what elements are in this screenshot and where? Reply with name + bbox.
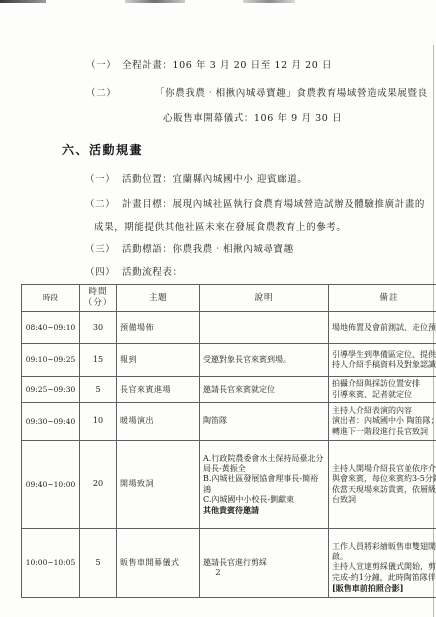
page-number: 2 xyxy=(0,568,436,578)
cell-minutes: 10 xyxy=(80,403,117,441)
cell-description: 邀請長官進行剪綵 xyxy=(200,529,329,597)
cell-topic: 預備場佈 xyxy=(117,312,200,344)
cell-remark: 引導學生到準備區定位、提供主持人介紹手稿資料及對象認識。 xyxy=(329,344,436,377)
table-row: 08:40~09:10 30 預備場佈 場地佈置及會前測試、走位預演 xyxy=(22,312,436,344)
cell-topic: 長官來賓進場 xyxy=(117,377,200,403)
table-header-row: 時段 時間 （分） 主題 說明 備註 xyxy=(22,285,436,312)
section-heading: 六、活動規畫 xyxy=(62,141,143,158)
intro-item2-label: （二） xyxy=(86,85,116,99)
section-item2-line1: 計畫目標：展現內城社區執行食農育場域營造試辦及體驗推廣計畫的 xyxy=(122,196,425,210)
description-bold-text: 其他貴賓待邀請 xyxy=(203,505,325,515)
cell-topic: 販售車開幕儀式 xyxy=(117,529,200,597)
cell-description: A.行政院農委會水土保持局臺北分局長-黃振全 B.內城社區發展協會理事長-簡裕鴻… xyxy=(200,441,329,529)
cell-remark: 主持人開場介紹長官並依序介紹與會來賓，每位來賓約3-5分鐘 依當天現場來訪貴賓，… xyxy=(329,441,436,529)
cell-minutes: 5 xyxy=(80,529,117,597)
section-item4-text: 活動流程表： xyxy=(122,264,183,278)
table-row: 10:00~10:05 5 販售車開幕儀式 邀請長官進行剪綵 工作人員將彩繪販售… xyxy=(22,529,436,597)
scan-smudge xyxy=(243,0,295,3)
cell-time: 09:25~09:30 xyxy=(22,377,80,403)
scan-smudge xyxy=(0,0,46,3)
cell-topic: 暖場演出 xyxy=(117,403,200,441)
cell-time: 09:40~10:00 xyxy=(22,441,80,529)
cell-time: 09:10~09:25 xyxy=(22,344,80,377)
cell-minutes: 20 xyxy=(80,441,117,529)
cell-time: 08:40~09:10 xyxy=(22,312,80,344)
table-row: 09:40~10:00 20 開場致詞 A.行政院農委會水土保持局臺北分局長-黃… xyxy=(22,441,436,529)
cell-remark: 場地佈置及會前測試、走位預演 xyxy=(329,312,436,344)
header-time: 時段 xyxy=(22,285,80,312)
description-text: A.行政院農委會水土保持局臺北分局長-黃振全 B.內城社區發展協會理事長-簡裕鴻… xyxy=(203,454,323,505)
intro-item2-line2: 心販售車開幕儀式：106 年 9 月 30 日 xyxy=(163,110,342,124)
cell-remark: 工作人員將彩繪販售車雙翅開啟。 主持人宣達剪綵儀式開始，剪綵完成-約1分鐘，此時… xyxy=(329,529,436,597)
table-row: 09:25~09:30 5 長官來賓進場 邀請長官來賓就定位 拍攝介紹與採訪位置… xyxy=(22,377,436,403)
cell-topic: 開場致詞 xyxy=(117,441,200,529)
section-item4-label: （四） xyxy=(85,264,115,278)
cell-description: 陶笛隊 xyxy=(200,403,329,441)
header-topic: 主題 xyxy=(117,285,200,312)
section-item3-label: （三） xyxy=(85,241,115,255)
cell-remark: 拍攝介紹與採訪位置安排 引導來賓、記者就定位 xyxy=(329,377,436,403)
section-item3-text: 活動標語：你農我農‧相揪內城尋寶趣 xyxy=(122,241,294,255)
intro-item1-label: （一） xyxy=(86,57,116,71)
cell-remark: 主持人介紹表演的內容 演出者：內城國中小 陶笛隊；轉進下一階段進行長官致詞 xyxy=(329,403,436,441)
scanned-document-page: （一） 全程計畫：106 年 3 月 20 日至 12 月 20 日 （二） 「… xyxy=(0,0,436,617)
section-item2-line2: 成果，期能提供其他社區未來在發展食農教育上的參考。 xyxy=(94,219,347,233)
table-row: 09:30~09:40 10 暖場演出 陶笛隊 主持人介紹表演的內容 演出者：內… xyxy=(22,403,436,441)
section-item2-label: （二） xyxy=(85,196,115,210)
intro-item2-line1: 「你農我農‧相揪內城尋寶趣」食農教育場域營造成果展暨良 xyxy=(155,85,428,99)
schedule-table: 時段 時間 （分） 主題 說明 備註 08:40~09:10 30 預備場佈 場… xyxy=(21,284,436,598)
cell-description: 受邀對象長官來賓到場。 xyxy=(200,344,329,377)
cell-time: 09:30~09:40 xyxy=(22,403,80,441)
header-remark: 備註 xyxy=(329,285,436,312)
cell-topic: 報到 xyxy=(117,344,200,377)
cell-time: 10:00~10:05 xyxy=(22,529,80,597)
cell-minutes: 15 xyxy=(80,344,117,377)
header-minutes: 時間 （分） xyxy=(80,285,117,312)
section-item1-label: （一） xyxy=(85,171,115,185)
cell-description: 邀請長官來賓就定位 xyxy=(200,377,329,403)
header-description: 說明 xyxy=(200,285,329,312)
cell-minutes: 30 xyxy=(80,312,117,344)
table-row: 09:10~09:25 15 報到 受邀對象長官來賓到場。 引導學生到準備區定位… xyxy=(22,344,436,377)
cell-description xyxy=(200,312,329,344)
scan-smudge xyxy=(125,0,185,3)
cell-minutes: 5 xyxy=(80,377,117,403)
section-item1-text: 活動位置：宜蘭縣內城國中小 迎賓廊道。 xyxy=(122,171,307,185)
intro-item1-text: 全程計畫：106 年 3 月 20 日至 12 月 20 日 xyxy=(122,57,332,71)
remark-bold-text: [販售車前拍照合影] xyxy=(332,583,404,593)
